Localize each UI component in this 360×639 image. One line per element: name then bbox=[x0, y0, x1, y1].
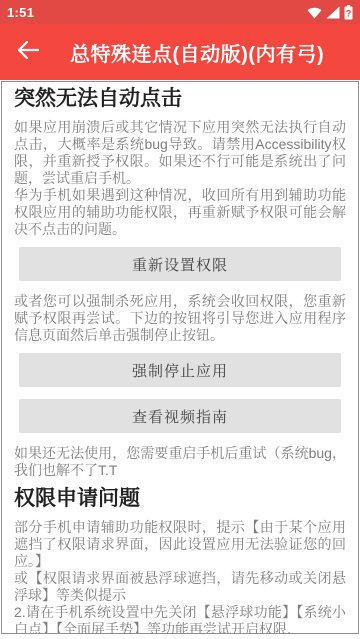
back-button[interactable] bbox=[4, 28, 52, 76]
paragraph-autoclick-cause: 如果应用崩溃后或其它情况下应用突然无法执行自动点击，大概率是系统bug导致。请禁… bbox=[14, 119, 346, 238]
video-guide-button[interactable]: 查看视频指南 bbox=[19, 399, 341, 433]
paragraph-permission-issue: 部分手机申请辅助功能权限时，提示【由于某个应用遮挡了权限请求界面，因此设置应用无… bbox=[14, 519, 346, 634]
page-title: 总特殊连点(自动版)(内有弓) bbox=[70, 38, 324, 67]
app-bar: 总特殊连点(自动版)(内有弓) bbox=[0, 24, 360, 80]
paragraph-restart-hint: 如果还无法使用，您需要重启手机后重试（系统bug，我们也解不了T.T bbox=[14, 445, 346, 479]
arrow-left-icon bbox=[17, 41, 39, 64]
status-bar: 1:51 ? bbox=[0, 0, 360, 24]
status-icons: ? bbox=[307, 5, 353, 20]
section-heading-permission-request: 权限申请问题 bbox=[14, 487, 346, 511]
reset-permission-button[interactable]: 重新设置权限 bbox=[19, 247, 341, 281]
help-content[interactable]: 突然无法自动点击 如果应用崩溃后或其它情况下应用突然无法执行自动点击，大概率是系… bbox=[1, 81, 359, 634]
wifi-icon bbox=[307, 6, 322, 19]
phone-screen: 1:51 ? bbox=[0, 0, 360, 639]
battery-unknown-icon: ? bbox=[344, 5, 353, 20]
force-stop-button[interactable]: 强制停止应用 bbox=[19, 353, 341, 387]
status-time: 1:51 bbox=[7, 5, 34, 20]
svg-text:?: ? bbox=[346, 8, 352, 18]
cellular-signal-icon bbox=[326, 6, 340, 19]
paragraph-force-kill-hint: 或者您可以强制杀死应用，系统会收回权限，您重新赋予权限再尝试。下边的按钮将引导您… bbox=[14, 293, 346, 344]
section-heading-no-autoclick: 突然无法自动点击 bbox=[14, 87, 346, 111]
